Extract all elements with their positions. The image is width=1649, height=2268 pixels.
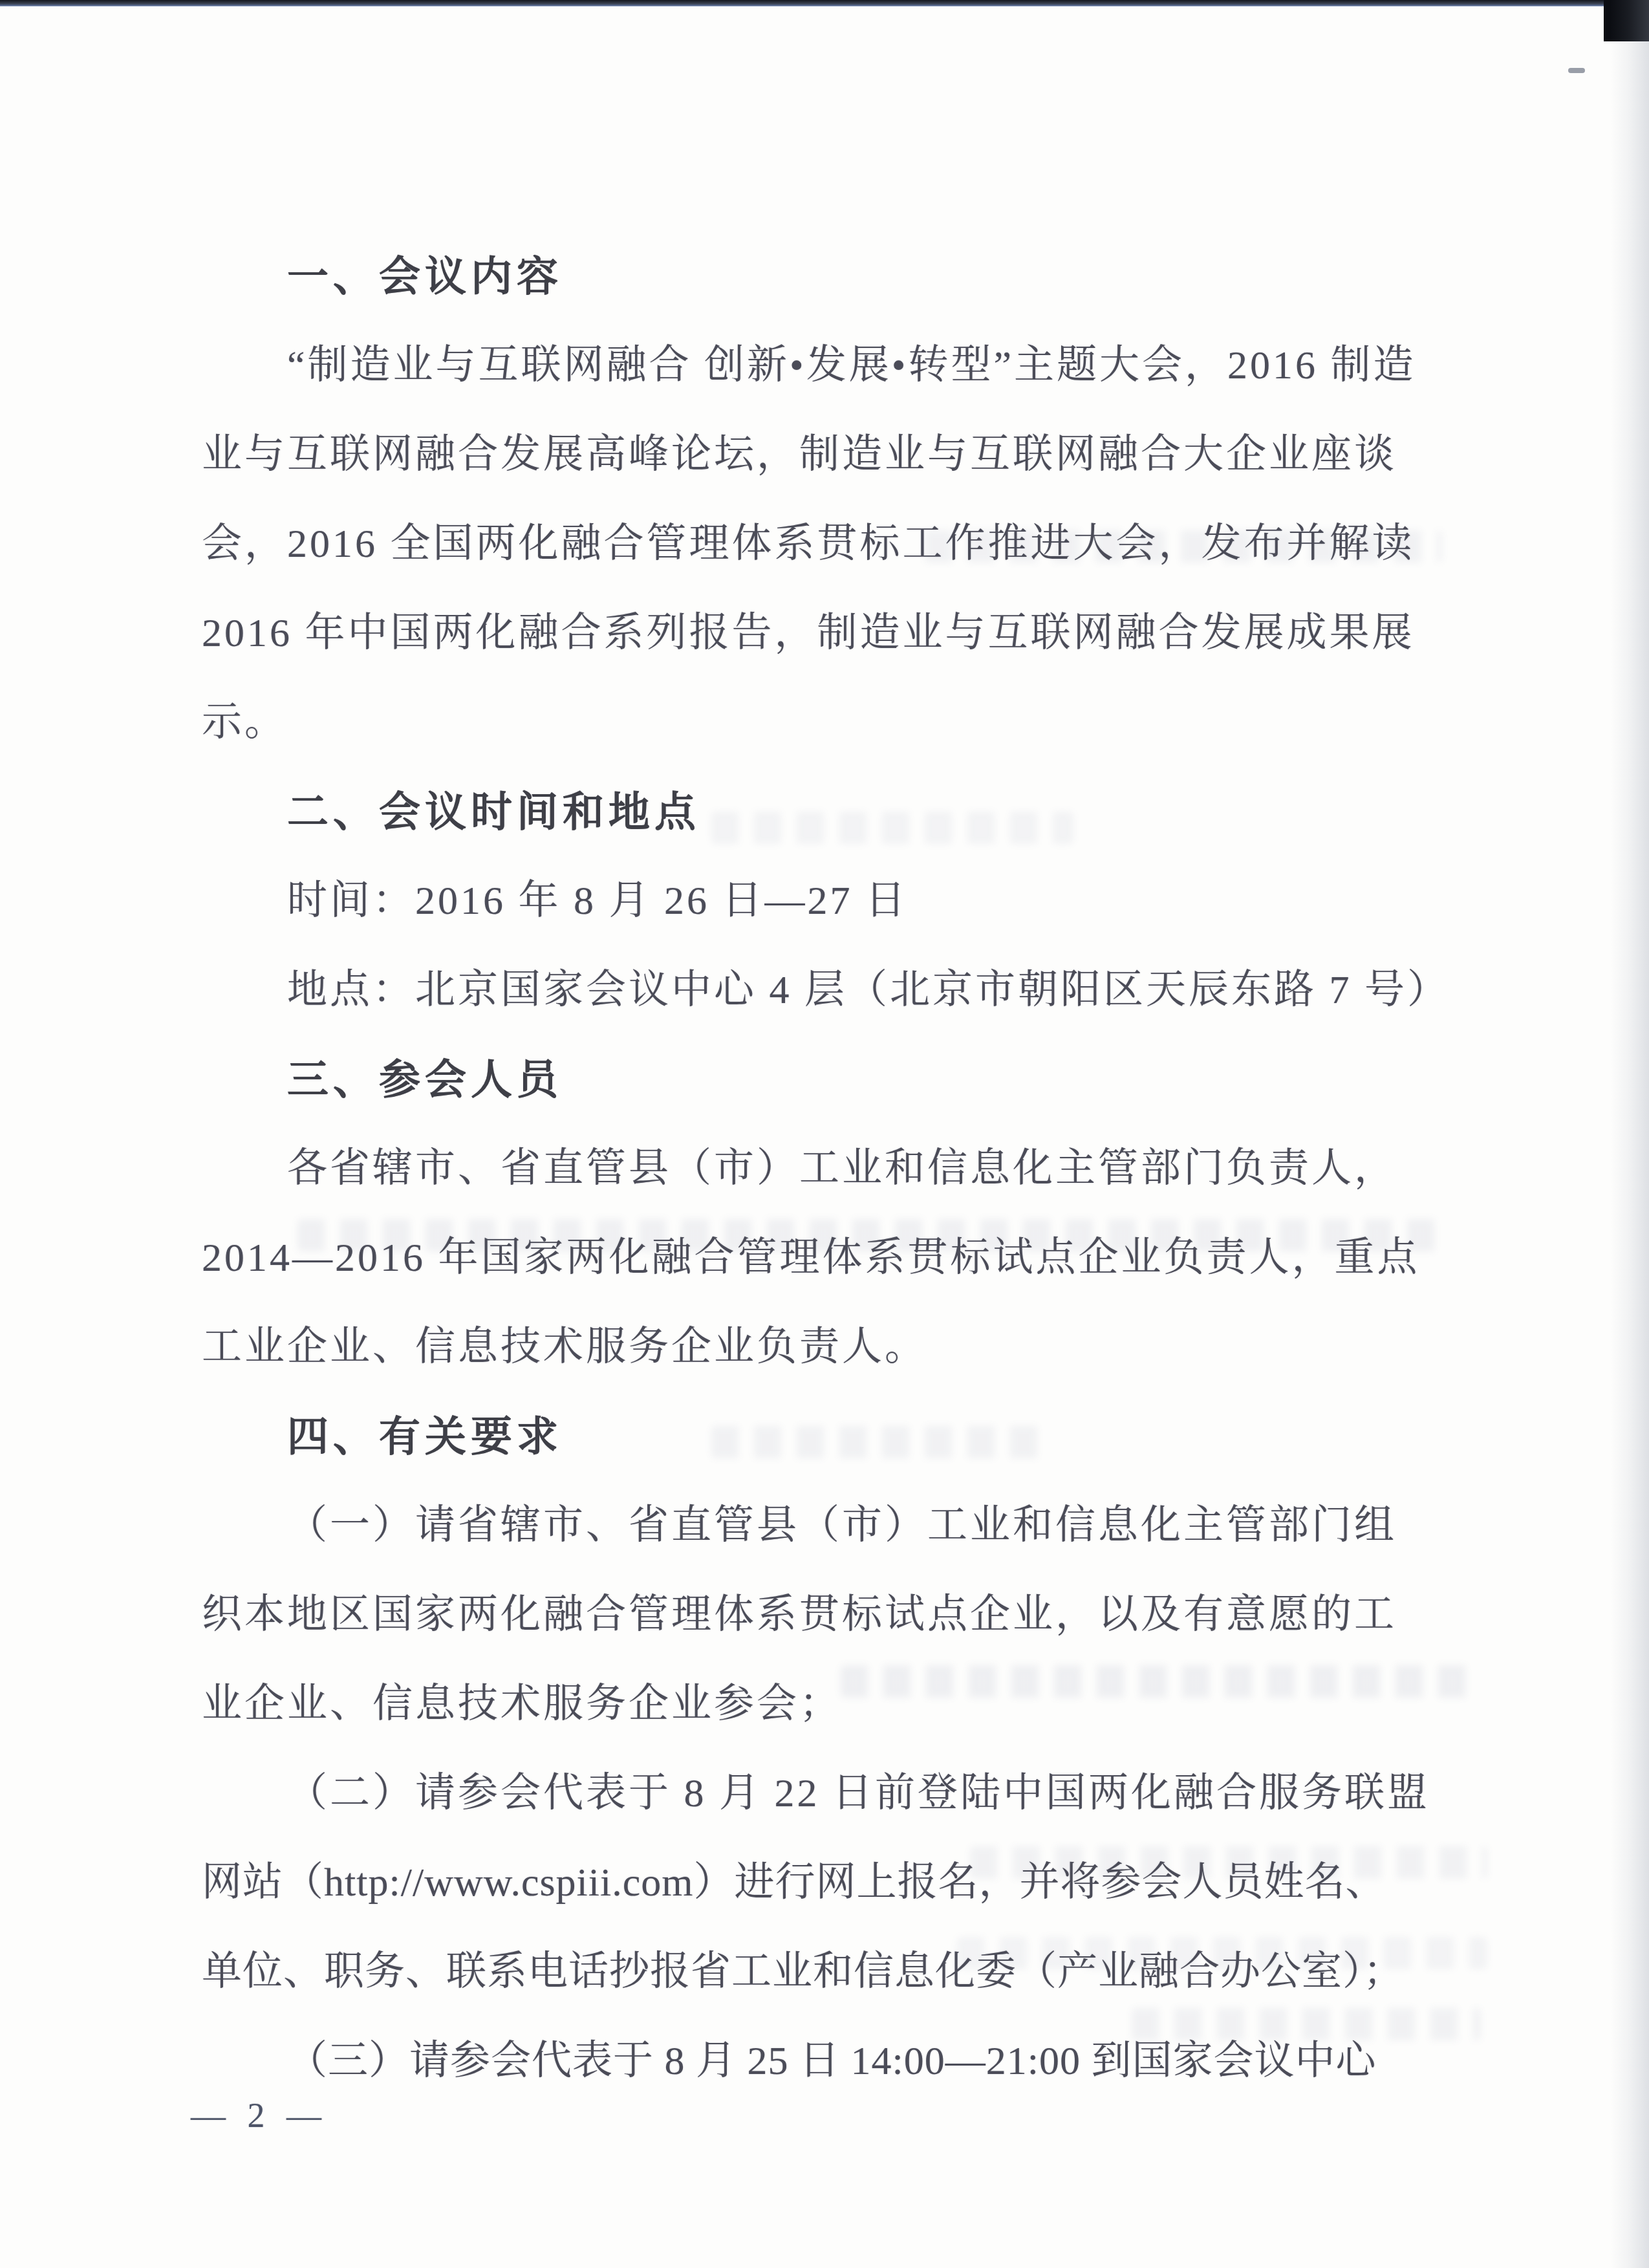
body-line-time: 时间：2016 年 8 月 26 日—27 日 bbox=[202, 856, 1451, 945]
body-line: 2016 年中国两化融合系列报告，制造业与互联网融合发展成果展 bbox=[202, 589, 1451, 678]
body-line: 织本地区国家两化融合管理体系贯标试点企业，以及有意愿的工 bbox=[202, 1570, 1451, 1659]
scan-speck-artifact bbox=[1568, 68, 1585, 73]
scan-right-edge-shadow bbox=[1610, 0, 1649, 2268]
scan-top-edge-artifact bbox=[0, 0, 1649, 6]
document-body: 一、会议内容 “制造业与互联网融合 创新•发展•转型”主题大会，2016 制造 … bbox=[202, 232, 1451, 2106]
body-line: 示。 bbox=[202, 678, 1451, 767]
body-line: （一）请省辖市、省直管县（市）工业和信息化主管部门组 bbox=[202, 1481, 1451, 1570]
body-line-website: 网站（http://www.cspiii.com）进行网上报名，并将参会人员姓名… bbox=[202, 1838, 1451, 1927]
body-line: （二）请参会代表于 8 月 22 日前登陆中国两化融合服务联盟 bbox=[202, 1749, 1451, 1838]
scanned-document-page: 一、会议内容 “制造业与互联网融合 创新•发展•转型”主题大会，2016 制造 … bbox=[0, 0, 1649, 2268]
page-number: — 2 — bbox=[191, 2095, 328, 2135]
body-line: 单位、职务、联系电话抄报省工业和信息化委（产业融合办公室）； bbox=[202, 1927, 1451, 2016]
body-line-location: 地点：北京国家会议中心 4 层（北京市朝阳区天辰东路 7 号） bbox=[202, 945, 1451, 1035]
body-line: 2014—2016 年国家两化融合管理体系贯标试点企业负责人，重点 bbox=[202, 1213, 1451, 1302]
body-line: （三）请参会代表于 8 月 25 日 14:00—21:00 到国家会议中心 bbox=[202, 2016, 1451, 2106]
body-line: 业与互联网融合发展高峰论坛，制造业与互联网融合大企业座谈 bbox=[202, 410, 1451, 499]
heading-meeting-content: 一、会议内容 bbox=[202, 232, 1451, 321]
body-line: 会，2016 全国两化融合管理体系贯标工作推进大会，发布并解读 bbox=[202, 499, 1451, 589]
heading-requirements: 四、有关要求 bbox=[202, 1392, 1451, 1481]
body-line: 工业企业、信息技术服务企业负责人。 bbox=[202, 1302, 1451, 1392]
heading-time-and-location: 二、会议时间和地点 bbox=[202, 767, 1451, 856]
body-line: “制造业与互联网融合 创新•发展•转型”主题大会，2016 制造 bbox=[202, 321, 1451, 410]
body-line: 各省辖市、省直管县（市）工业和信息化主管部门负责人， bbox=[202, 1124, 1451, 1213]
body-line: 业企业、信息技术服务企业参会； bbox=[202, 1659, 1451, 1749]
heading-participants: 三、参会人员 bbox=[202, 1035, 1451, 1124]
